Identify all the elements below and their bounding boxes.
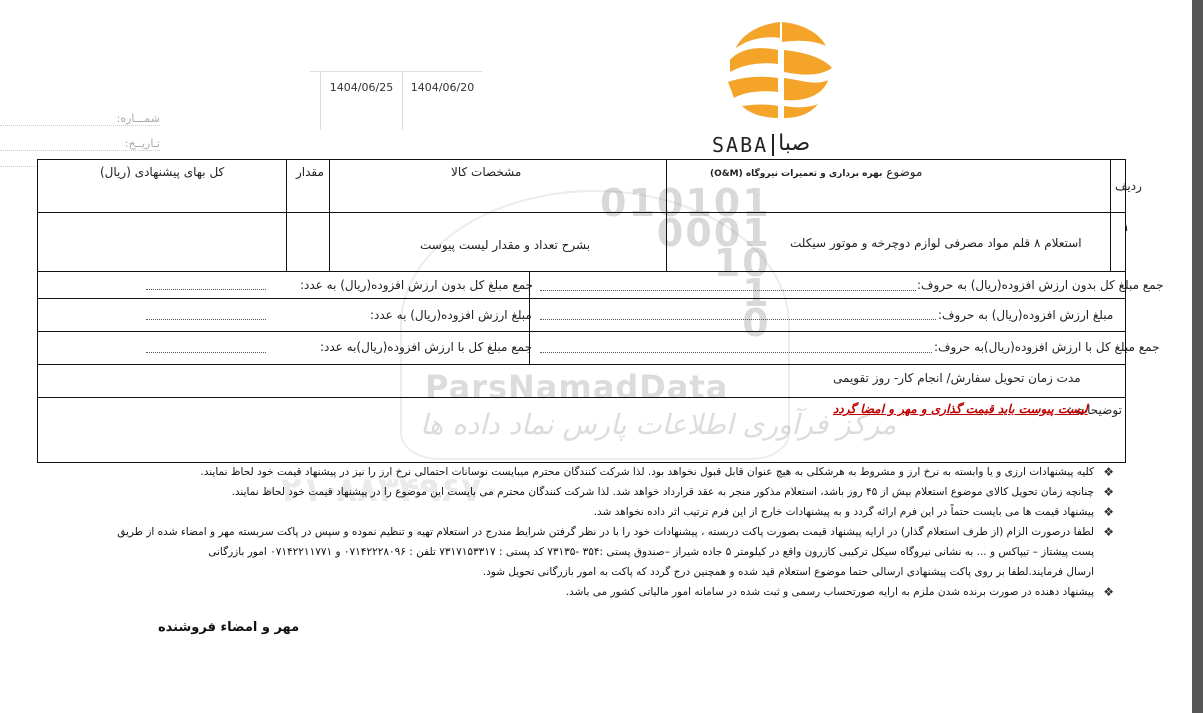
col-total-price: کل بهای پیشنهادی (ریال) (100, 165, 224, 179)
col-specs: مشخصات کالا (451, 165, 521, 179)
bullet-diamond-icon: ❖ (1103, 522, 1114, 542)
col-quantity: مقدار (296, 165, 324, 179)
col-subject: موضوع بهره برداری و تعمیرات نیروگاه (O&M… (710, 165, 922, 181)
condition-item: ❖ لطفا درصورت الزام (از طرف استعلام گذار… (140, 522, 1120, 582)
date-label: تـاریــخ: (123, 137, 160, 150)
notes-value: لیست پیوست باید قیمت گذاری و مهر و امضا … (833, 402, 1088, 416)
total-incl-vat-words-label: جمع مبلغ کل با ارزش افزوده(ریال)به حروف: (934, 340, 1160, 354)
condition-item: ❖ کلیه پیشنهادات ارزی و یا وابسته به نرخ… (140, 462, 1120, 482)
col-row-number: ردیف (1115, 179, 1142, 193)
vat-number-label: مبلغ ارزش افزوده(ریال) به عدد: (370, 308, 532, 322)
number-field[interactable]: شمـــاره: (0, 112, 160, 126)
delivery-time-label: مدت زمان تحویل سفارش/ انجام کار- روز تقو… (833, 371, 1081, 385)
bullet-diamond-icon: ❖ (1103, 462, 1114, 482)
vat-words-label: مبلغ ارزش افزوده(ریال) به حروف: (938, 308, 1113, 322)
subject-org: بهره برداری و تعمیرات نیروگاه (O&M) (710, 169, 882, 179)
extra-dotted-line (0, 166, 38, 167)
total-excl-vat-number-label: جمع مبلغ کل بدون ارزش افزوده(ریال) به عد… (300, 278, 533, 292)
bullet-diamond-icon: ❖ (1103, 582, 1114, 602)
number-label: شمـــاره: (115, 112, 160, 125)
logo-persian-text: صبا (778, 132, 810, 156)
saba-logo-wordmark: SABA صبا (712, 126, 810, 156)
item-quantity-field[interactable] (288, 220, 328, 268)
item-specs: بشرح تعداد و مقدار لیست پیوست (420, 238, 590, 252)
total-incl-vat-number-label: جمع مبلغ کل با ارزش افزوده(ریال)به عدد: (320, 340, 532, 354)
inquiry-form-table: ردیف موضوع بهره برداری و تعمیرات نیروگاه… (37, 159, 1126, 463)
bullet-diamond-icon: ❖ (1103, 482, 1114, 502)
condition-item: ❖ پیشنهاد دهنده در صورت برنده شدن ملزم ب… (140, 582, 1120, 602)
saba-logo-icon (720, 20, 840, 120)
viewer-scrollbar[interactable] (1192, 0, 1203, 713)
total-incl-vat-words-field[interactable] (540, 352, 932, 353)
date-field[interactable]: تـاریــخ: (0, 137, 160, 151)
total-excl-vat-words-field[interactable] (540, 290, 916, 291)
seller-seal-signature-label: مهر و امضاء فروشنده (158, 620, 299, 635)
condition-item: ❖ پیشنهاد قیمت ها می بایست حتماً در این … (140, 502, 1120, 522)
item-row-number: ۱ (1123, 220, 1129, 234)
total-incl-vat-number-field[interactable] (146, 352, 266, 353)
due-date: 1404/06/25 (320, 72, 402, 130)
logo-latin-text: SABA (712, 134, 774, 156)
bullet-diamond-icon: ❖ (1103, 502, 1114, 522)
issue-date: 1404/06/20 (402, 72, 482, 130)
conditions-list: ❖ کلیه پیشنهادات ارزی و یا وابسته به نرخ… (140, 462, 1120, 602)
vat-number-field[interactable] (146, 319, 266, 320)
item-total-price-field[interactable] (40, 220, 284, 268)
condition-item: ❖ چنانچه زمان تحویل کالای موضوع استعلام … (140, 482, 1120, 502)
total-excl-vat-number-field[interactable] (146, 289, 266, 290)
subject-prefix: موضوع (886, 165, 922, 179)
vat-words-field[interactable] (540, 319, 936, 320)
item-subject: استعلام ۸ قلم مواد مصرفی لوازم دوچرخه و … (790, 236, 1082, 250)
total-excl-vat-words-label: جمع مبلغ کل بدون ارزش افزوده(ریال) به حر… (917, 278, 1164, 292)
date-box: 1404/06/25 1404/06/20 (310, 71, 482, 129)
document-page: SABA صبا 1404/06/25 1404/06/20 شمـــاره:… (0, 0, 1192, 706)
